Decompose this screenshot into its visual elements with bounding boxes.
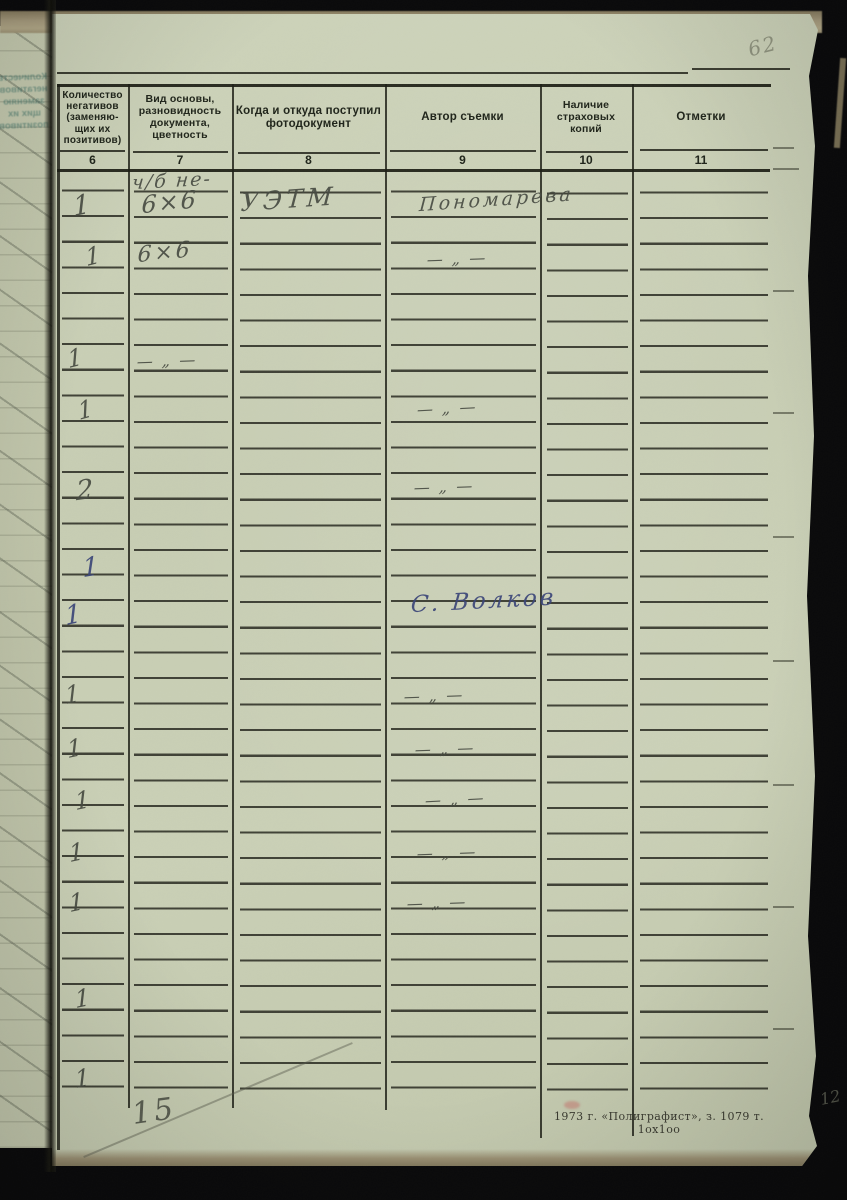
table-left-border: [57, 84, 60, 1150]
printers-imprint: 1973 г. «Полиграфист», з. 1079 т. 1ох1оо: [545, 1110, 773, 1136]
ruled-lines-column-7: [134, 166, 228, 1106]
handwritten-entry: 1: [84, 240, 103, 272]
scanned-register-page-photo: Количество негативов заменяю щих их пози…: [0, 0, 847, 1200]
handwritten-entry: 1: [64, 679, 82, 711]
ruled-lines-column-9: [391, 166, 536, 1110]
column-number-7: 7: [130, 153, 230, 167]
margin-dash: [773, 536, 794, 538]
handwritten-entry: 1: [66, 733, 84, 765]
ruled-lines-column-10: [547, 166, 628, 1106]
margin-dash: [773, 147, 794, 149]
margin-dash: [773, 1028, 794, 1030]
header-underline: [60, 150, 125, 152]
header-underline: [390, 150, 536, 152]
handwritten-entry: 1: [68, 837, 86, 869]
margin-dash: [773, 660, 794, 662]
handwritten-entry: — „ —: [413, 476, 475, 497]
header-top-border: [57, 84, 771, 87]
handwritten-entry: 1: [72, 188, 92, 223]
handwritten-entry: — „ —: [426, 248, 488, 269]
handwritten-entry: 1: [64, 598, 83, 632]
handwritten-entry: — „ —: [416, 397, 478, 419]
column-number-8: 8: [234, 153, 383, 167]
margin-dash: [773, 906, 794, 908]
margin-dash: [773, 784, 794, 786]
handwritten-entry: — „ —: [424, 788, 486, 810]
handwritten-entry: — „ —: [406, 892, 468, 913]
column-number-11: 11: [634, 153, 768, 167]
ruled-lines-column-11: [640, 166, 768, 1102]
column-divider-6-7: [128, 84, 130, 1108]
column-divider-7-8: [232, 84, 234, 1108]
top-rule-left: [57, 72, 688, 74]
handwritten-entry: 1: [74, 785, 92, 817]
margin-dash: [773, 290, 794, 292]
handwritten-entry: — „ —: [136, 350, 198, 371]
ruled-lines-column-8: [240, 166, 381, 1110]
ink-stain: [564, 1101, 580, 1109]
handwritten-entry: 1: [74, 1063, 92, 1095]
column-header-insurance-copies: Наличие страховых копий: [542, 88, 630, 148]
header-underline: [640, 149, 768, 151]
column-number-9: 9: [387, 153, 538, 167]
pencil-edge-mark: 12: [818, 1086, 842, 1109]
handwritten-entry: — „ —: [403, 685, 465, 706]
column-header-received-from: Когда и откуда поступил фотодокумент: [234, 88, 383, 148]
column-header-remarks: Отметки: [634, 88, 768, 148]
handwritten-entry: 2: [76, 473, 94, 507]
binding-fold-shadow: [44, 0, 56, 1172]
handwritten-entry: 1: [68, 887, 86, 919]
handwritten-entry: 1: [82, 551, 100, 584]
margin-dash: [773, 168, 799, 170]
margin-dash: [773, 412, 794, 414]
handwritten-entry: 6×6: [141, 185, 198, 219]
column-divider-10-11: [632, 84, 634, 1136]
column-header-negatives-count: Количество негативов (заменяю- щих их по…: [59, 88, 126, 148]
column-header-author: Автор съемки: [387, 88, 538, 148]
top-rule-right: [692, 68, 790, 70]
show-through-text: Количество негативов заменяю щих их пози…: [0, 71, 49, 132]
handwritten-entry: 1: [66, 342, 85, 374]
handwritten-entry: — „ —: [416, 842, 478, 863]
handwritten-entry: — „ —: [414, 738, 476, 759]
column-number-6: 6: [59, 153, 126, 167]
column-number-10: 10: [542, 153, 630, 167]
column-header-base-type: Вид основы, разновидность документа, цве…: [130, 88, 230, 148]
column-divider-8-9: [385, 84, 387, 1110]
deckle-edge-fragment: [834, 58, 846, 148]
handwritten-entry: 1: [74, 983, 92, 1015]
